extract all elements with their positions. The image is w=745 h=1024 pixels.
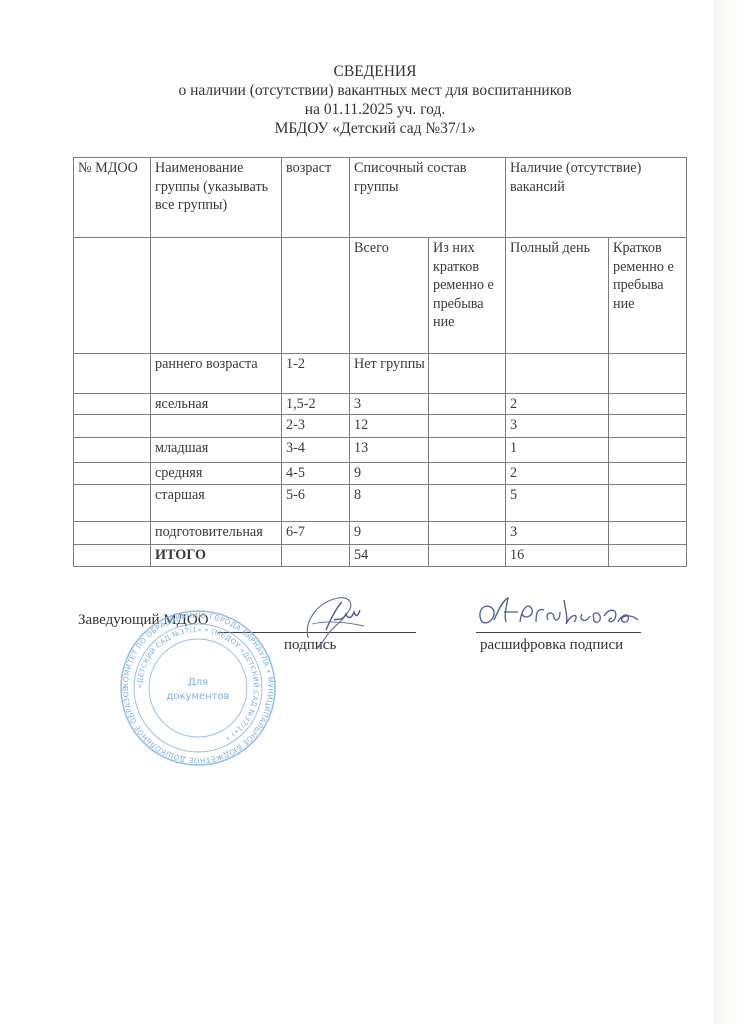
document-subtitle: о наличии (отсутствии) вакантных мест дл… bbox=[150, 81, 600, 100]
cell-mdoo bbox=[74, 414, 151, 437]
cell-short bbox=[429, 462, 506, 484]
header-row-2: Всего Из них кратков ременно е пребыва н… bbox=[74, 238, 687, 354]
cell-short-stay bbox=[609, 544, 687, 566]
table-row: младшая3-4131 bbox=[74, 437, 687, 462]
cell-short bbox=[429, 521, 506, 544]
paper-fold-shading bbox=[714, 0, 745, 1024]
cell-age: 6-7 bbox=[282, 521, 350, 544]
table-row: подготовительная6-793 bbox=[74, 521, 687, 544]
header-mdoo: № МДОО bbox=[74, 158, 151, 238]
cell-total: 12 bbox=[350, 414, 429, 437]
cell-full-day: 16 bbox=[506, 544, 609, 566]
cell-short bbox=[429, 544, 506, 566]
cell-short-stay bbox=[609, 354, 687, 394]
cell-short bbox=[429, 437, 506, 462]
empty-cell bbox=[151, 238, 282, 354]
cell-group: ясельная bbox=[151, 394, 282, 415]
cell-short-stay bbox=[609, 484, 687, 521]
cell-total: 13 bbox=[350, 437, 429, 462]
cell-short-stay bbox=[609, 437, 687, 462]
cell-age: 2-3 bbox=[282, 414, 350, 437]
table-row: средняя4-592 bbox=[74, 462, 687, 484]
cell-short-stay bbox=[609, 462, 687, 484]
header-row-1: № МДОО Наименование группы (указывать вс… bbox=[74, 158, 687, 238]
cell-full-day: 1 bbox=[506, 437, 609, 462]
header-age: возраст bbox=[282, 158, 350, 238]
document-header: СВЕДЕНИЯ о наличии (отсутствии) вакантны… bbox=[150, 62, 600, 138]
header-group-name: Наименование группы (указывать все групп… bbox=[151, 158, 282, 238]
cell-short-stay bbox=[609, 394, 687, 415]
cell-age bbox=[282, 544, 350, 566]
cell-full-day: 3 bbox=[506, 414, 609, 437]
cell-mdoo bbox=[74, 354, 151, 394]
cell-group: подготовительная bbox=[151, 521, 282, 544]
svg-text:документов: документов bbox=[166, 691, 229, 702]
cell-full-day: 2 bbox=[506, 462, 609, 484]
handwritten-name bbox=[474, 592, 644, 634]
table-row: раннего возраста1-2Нет группы bbox=[74, 354, 687, 394]
header-vacancies: Наличие (отсутствие) вакансий bbox=[506, 158, 687, 238]
table-row: ИТОГО5416 bbox=[74, 544, 687, 566]
cell-total: 9 bbox=[350, 521, 429, 544]
organization-name: МБДОУ «Детский сад №37/1» bbox=[150, 119, 600, 138]
header-full-day: Полный день bbox=[506, 238, 609, 354]
cell-total: Нет группы bbox=[350, 354, 429, 394]
cell-short-stay bbox=[609, 521, 687, 544]
cell-full-day: 3 bbox=[506, 521, 609, 544]
cell-group: раннего возраста bbox=[151, 354, 282, 394]
table-row: ясельная1,5-232 bbox=[74, 394, 687, 415]
report-date: на 01.11.2025 уч. год. bbox=[150, 100, 600, 119]
cell-age: 4-5 bbox=[282, 462, 350, 484]
vacancy-table: № МДОО Наименование группы (указывать вс… bbox=[73, 157, 687, 567]
cell-short bbox=[429, 414, 506, 437]
cell-total: 9 bbox=[350, 462, 429, 484]
cell-mdoo bbox=[74, 521, 151, 544]
cell-short bbox=[429, 354, 506, 394]
svg-text:Для: Для bbox=[188, 677, 208, 688]
cell-group: ИТОГО bbox=[151, 544, 282, 566]
cell-age: 5-6 bbox=[282, 484, 350, 521]
document-title: СВЕДЕНИЯ bbox=[150, 62, 600, 81]
cell-total: 8 bbox=[350, 484, 429, 521]
cell-mdoo bbox=[74, 462, 151, 484]
cell-mdoo bbox=[74, 394, 151, 415]
decoding-caption: расшифровка подписи bbox=[480, 637, 623, 654]
cell-total: 54 bbox=[350, 544, 429, 566]
official-stamp: КОМИТЕТ ПО ОБРАЗОВАНИЮ ГОРОДА БАРНАУЛА •… bbox=[118, 608, 278, 768]
header-of-which-short: Из них кратков ременно е пребыва ние bbox=[429, 238, 506, 354]
table-row: 2-3123 bbox=[74, 414, 687, 437]
cell-full-day: 2 bbox=[506, 394, 609, 415]
table-row: старшая5-685 bbox=[74, 484, 687, 521]
cell-group: младшая bbox=[151, 437, 282, 462]
cell-short-stay bbox=[609, 414, 687, 437]
cell-group: старшая bbox=[151, 484, 282, 521]
cell-age: 1,5-2 bbox=[282, 394, 350, 415]
cell-short bbox=[429, 394, 506, 415]
cell-age: 1-2 bbox=[282, 354, 350, 394]
empty-cell bbox=[74, 238, 151, 354]
cell-full-day bbox=[506, 354, 609, 394]
header-short-stay: Кратков ременно е пребыва ние bbox=[609, 238, 687, 354]
cell-group bbox=[151, 414, 282, 437]
cell-short bbox=[429, 484, 506, 521]
cell-group: средняя bbox=[151, 462, 282, 484]
header-total: Всего bbox=[350, 238, 429, 354]
cell-mdoo bbox=[74, 484, 151, 521]
header-roster: Списочный состав группы bbox=[350, 158, 506, 238]
empty-cell bbox=[282, 238, 350, 354]
cell-age: 3-4 bbox=[282, 437, 350, 462]
cell-total: 3 bbox=[350, 394, 429, 415]
cell-full-day: 5 bbox=[506, 484, 609, 521]
cell-mdoo bbox=[74, 437, 151, 462]
paper-fold-line bbox=[714, 0, 715, 1024]
handwritten-signature bbox=[298, 590, 368, 650]
cell-mdoo bbox=[74, 544, 151, 566]
